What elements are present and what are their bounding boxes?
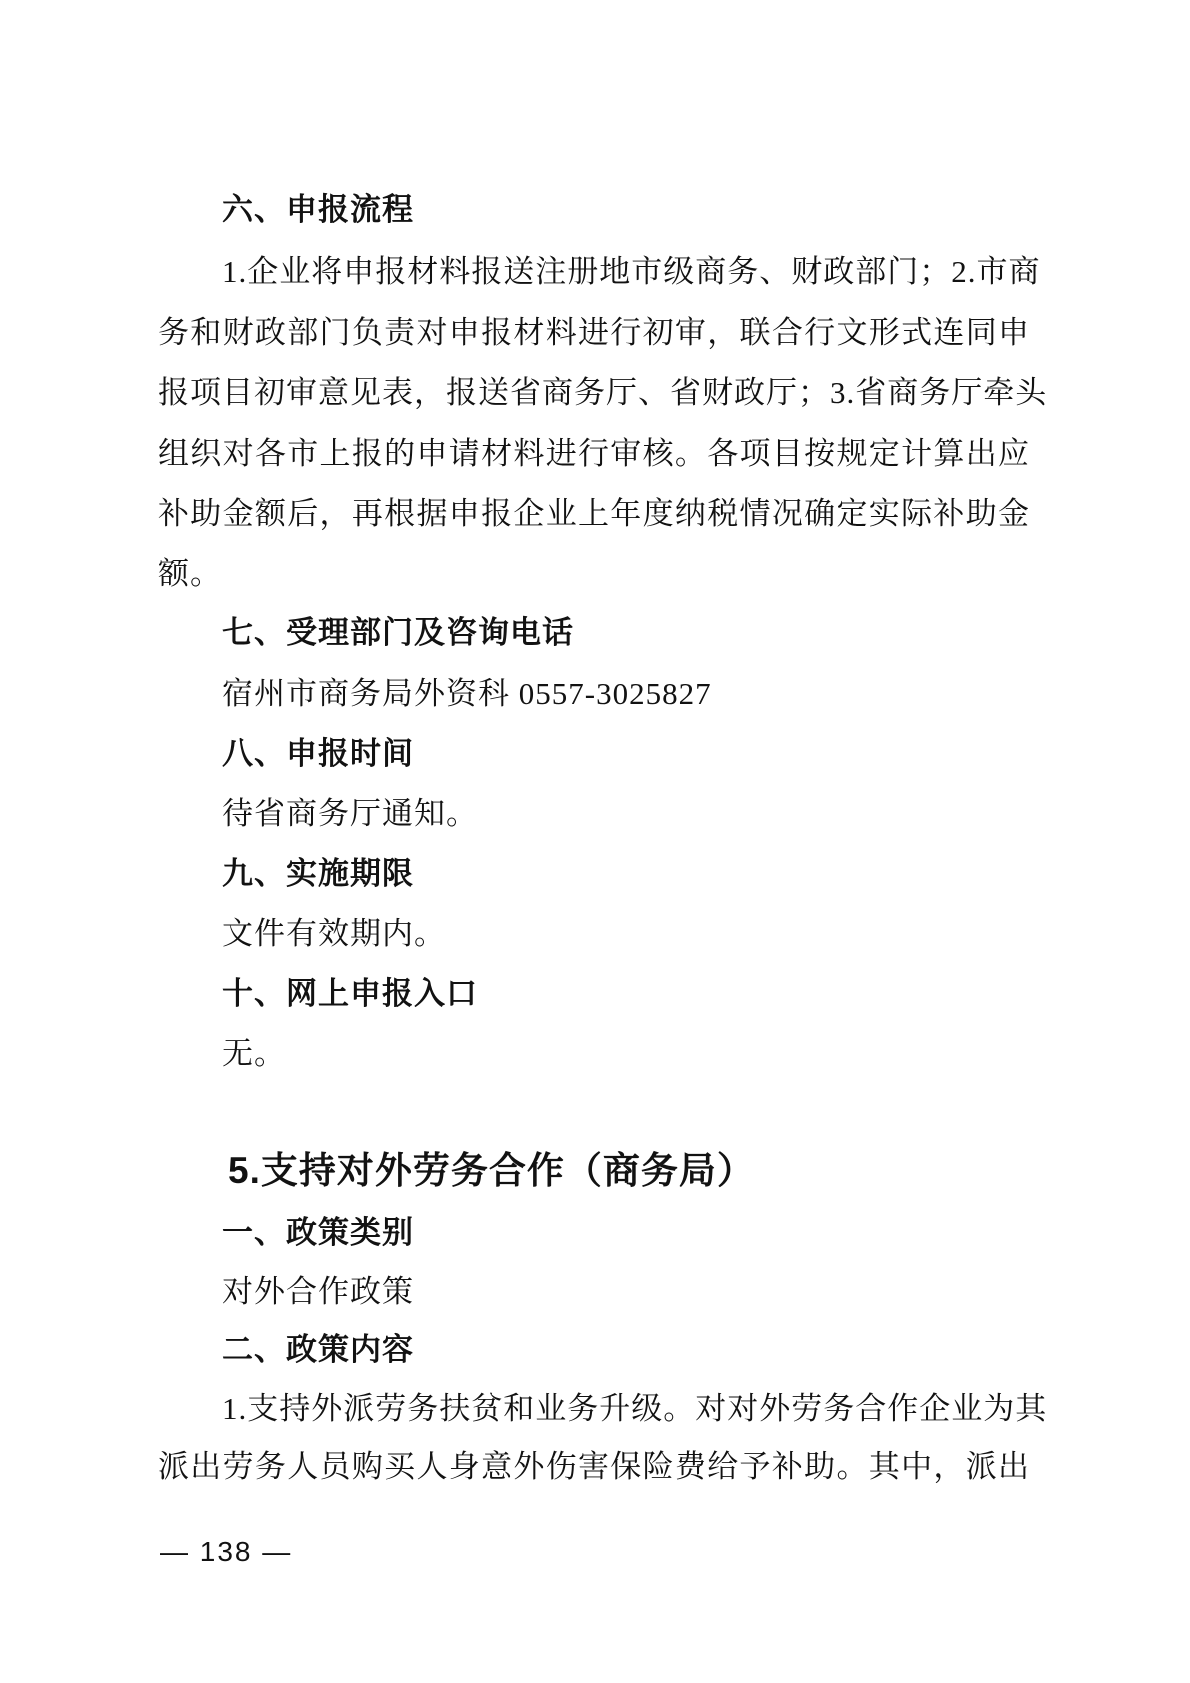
- duration-line: 文件有效期内。: [158, 914, 1030, 954]
- online-entry-line: 无。: [158, 1034, 1030, 1074]
- page-number: — 138 —: [160, 1536, 292, 1568]
- heading-section-8: 八、申报时间: [158, 734, 1030, 774]
- para-apply-line-6: 额。: [158, 554, 1030, 594]
- heading-section-7: 七、受理部门及咨询电话: [158, 613, 1030, 653]
- contact-line: 宿州市商务局外资科 0557-3025827: [158, 674, 1030, 714]
- heading-section-6: 六、申报流程: [158, 190, 1030, 230]
- para-apply-line-5: 补助金额后，再根据申报企业上年度纳税情况确定实际补助金: [158, 494, 1030, 534]
- para-apply-line-3: 报项目初审意见表，报送省商务厅、省财政厅；3.省商务厅牵头: [158, 373, 1030, 413]
- para-apply-line-2: 务和财政部门负责对申报材料进行初审，联合行文形式连同申: [158, 313, 1030, 353]
- para-apply-line-1: 1.企业将申报材料报送注册地市级商务、财政部门；2.市商: [158, 252, 1030, 292]
- para-policy-line-2: 派出劳务人员购买人身意外伤害保险费给予补助。其中，派出: [158, 1447, 1030, 1487]
- apply-time-line: 待省商务厅通知。: [158, 794, 1030, 834]
- heading-section-1: 一、政策类别: [158, 1213, 1030, 1253]
- policy-type-line: 对外合作政策: [158, 1272, 1030, 1312]
- subdocument-title: 5.支持对外劳务合作（商务局）: [158, 1148, 1030, 1194]
- heading-section-9: 九、实施期限: [158, 854, 1030, 894]
- para-policy-line-1: 1.支持外派劳务扶贫和业务升级。对对外劳务合作企业为其: [158, 1389, 1030, 1429]
- heading-section-2: 二、政策内容: [158, 1330, 1030, 1370]
- heading-section-10: 十、网上申报入口: [158, 974, 1030, 1014]
- para-apply-line-4: 组织对各市上报的申请材料进行审核。各项目按规定计算出应: [158, 434, 1030, 474]
- document-page: 六、申报流程1.企业将申报材料报送注册地市级商务、财政部门；2.市商务和财政部门…: [0, 0, 1190, 1683]
